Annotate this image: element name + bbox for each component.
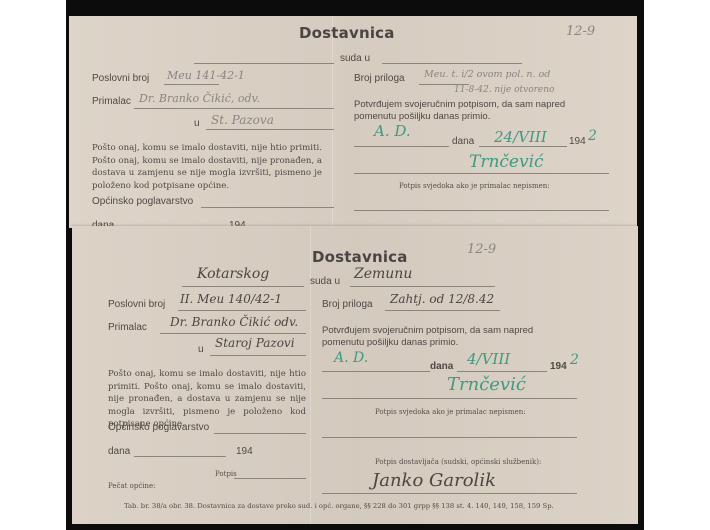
year2-label: 194	[236, 446, 253, 457]
year-suffix: 2	[588, 128, 597, 144]
dostavljac-label: Potpis dostavljača (sudski, općinski slu…	[375, 458, 541, 466]
u-value: St. Pazova	[211, 113, 274, 127]
poslovni-broj-value: Meu 141-42-1	[167, 69, 245, 82]
svjedok-line	[354, 210, 609, 211]
signature-line	[322, 398, 577, 399]
svjedok-label: Potpis svjedoka ako je primalac nepismen…	[375, 408, 526, 416]
svjedok-line	[322, 437, 577, 438]
dana-line	[479, 146, 567, 147]
suda-u-label: suda u	[310, 276, 340, 287]
form-footer: Tab. br. 38/a obr. 38. Dostavnica za dos…	[124, 502, 554, 510]
primalac-line	[160, 333, 306, 334]
broj-priloga-value-1: Meu. t. i/2 ovom pol. n. od	[424, 69, 550, 80]
corner-note: 12-9	[566, 24, 595, 39]
primalac-value: Dr. Branko Čikić odv.	[170, 315, 298, 329]
broj-priloga-label: Broj priloga	[322, 299, 373, 310]
signature-line	[354, 173, 609, 174]
u-label: u	[194, 118, 200, 129]
pecat-label: Pečat općine:	[108, 482, 156, 490]
top-delivery-receipt: Dostavnica 12-9 suda u Poslovni broj Meu…	[69, 16, 637, 228]
poslovni-broj-line	[178, 310, 306, 311]
suda-u-line	[350, 286, 495, 287]
fold-crease	[332, 16, 333, 228]
form-title: Dostavnica	[299, 24, 395, 42]
svjedok-label: Potpis svjedoka ako je primalac nepismen…	[399, 182, 550, 190]
u-line	[206, 129, 334, 130]
dana2-line	[134, 456, 226, 457]
dana-value: 4/VIII	[467, 350, 510, 368]
initials: A. D.	[334, 350, 368, 366]
u-label: u	[198, 344, 204, 355]
form-title: Dostavnica	[312, 248, 408, 266]
pesto-paragraph: Pošto onaj, komu se imalo dostaviti, nij…	[92, 142, 322, 192]
potvrda-line-1: Potvrđujem svojeručnim potpisom, da sam …	[354, 99, 565, 110]
broj-priloga-value-2: 11-8-42. nije otvoreno	[454, 85, 554, 95]
potpis-label: Potpis	[215, 470, 237, 478]
opcinsko-line	[214, 433, 306, 434]
bottom-delivery-receipt: Dostavnica 12-9 Kotarskog suda u Zemunu …	[72, 226, 638, 524]
primalac-label: Primalac	[108, 322, 147, 333]
year-prefix: 194	[550, 361, 567, 372]
initials-line	[354, 146, 449, 147]
court-name-line	[194, 63, 334, 64]
primalac-line	[134, 108, 334, 109]
initials-line	[322, 371, 430, 372]
court-name-line	[182, 286, 304, 287]
opcinsko-line	[201, 207, 334, 208]
broj-priloga-line	[385, 310, 500, 311]
suda-u-value: Zemunu	[354, 266, 412, 282]
poslovni-broj-label: Poslovni broj	[92, 73, 149, 84]
poslovni-broj-label: Poslovni broj	[108, 299, 165, 310]
opcinsko-label: Općinsko poglavarstvo	[92, 196, 193, 207]
year-suffix: 2	[570, 352, 579, 368]
poslovni-broj-value: II. Meu 140/42-1	[180, 292, 282, 306]
primalac-value: Dr. Branko Čikić, odv.	[139, 92, 260, 105]
u-line	[210, 355, 306, 356]
dana-value: 24/VIII	[494, 128, 547, 146]
potvrda-line-2: pomenutu pošiljku danas primio.	[322, 337, 458, 348]
potpis-line	[234, 478, 306, 479]
primalac-label: Primalac	[92, 96, 131, 107]
dostavljac-signature: Janko Garolik	[372, 470, 496, 491]
u-value: Staroj Pazovi	[215, 336, 295, 350]
potvrda-line-1: Potvrđujem svojeručnim potpisom, da sam …	[322, 325, 533, 336]
recipient-signature: Trnčević	[469, 152, 544, 172]
broj-priloga-value: Zahtj. od 12/8.42	[390, 292, 494, 306]
corner-note: 12-9	[467, 242, 496, 257]
initials: A. D.	[374, 122, 411, 140]
year-prefix: 194	[569, 136, 586, 147]
poslovni-broj-line	[164, 84, 219, 85]
suda-u-label: suda u	[340, 53, 370, 64]
dana-line	[457, 371, 547, 372]
dana2-label: dana	[108, 446, 130, 457]
dostavljac-line	[322, 493, 577, 494]
opcinsko-label: Općinsko poglavarstvo	[108, 422, 209, 433]
recipient-signature: Trnčević	[447, 374, 526, 395]
dana-label: dana	[452, 136, 474, 147]
broj-priloga-label: Broj priloga	[354, 73, 405, 84]
fold-crease	[310, 226, 311, 524]
court-prefix: Kotarskog	[197, 266, 269, 282]
dana-label: dana	[430, 361, 453, 372]
potvrda-line-2: pomenutu pošiljku danas primio.	[354, 111, 490, 122]
suda-u-line	[382, 63, 522, 64]
